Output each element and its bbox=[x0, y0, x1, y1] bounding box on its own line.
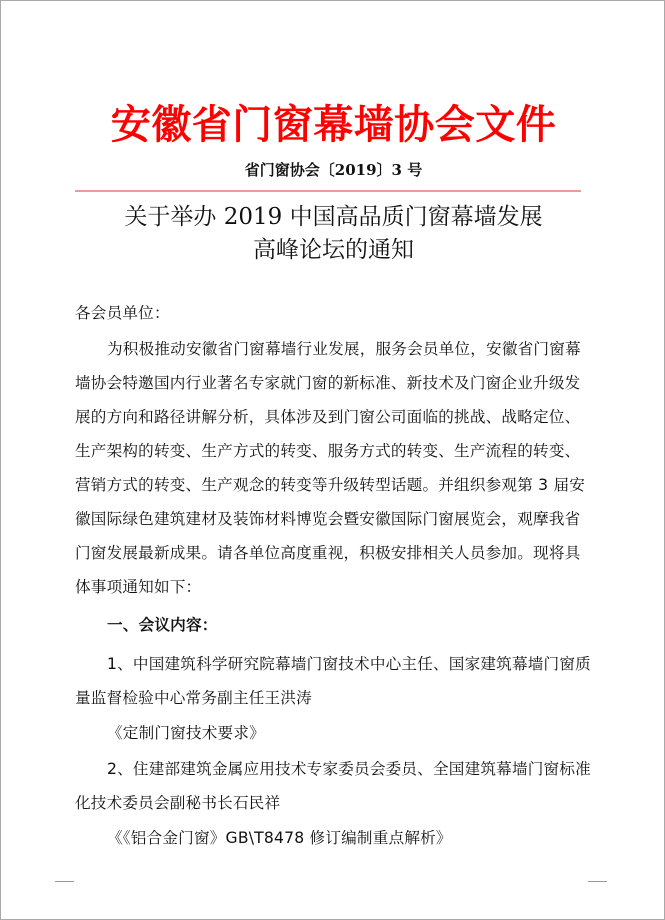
intro-line: 徽国际绿色建筑建材及装饰材料博览会暨安徽国际门窗展览会，观摩我省 bbox=[75, 508, 580, 530]
red-header-rule bbox=[75, 190, 581, 192]
red-header-title: 安徽省门窗幕墙协会文件 bbox=[1, 99, 665, 151]
intro-line: 生产架构的转变、生产方式的转变、服务方式的转变、生产流程的转变、 bbox=[75, 440, 580, 462]
speaker-1-topic: 《定制门窗技术要求》 bbox=[107, 722, 265, 744]
section-title-meeting-content: 一、会议内容： bbox=[107, 614, 218, 636]
document-page: 安徽省门窗幕墙协会文件 省门窗协会〔2019〕3 号 关于举办 2019 中国高… bbox=[0, 0, 665, 920]
intro-line: 墙协会特邀国内行业著名专家就门窗的新标准、新技术及门窗企业升级发 bbox=[75, 372, 580, 394]
notice-heading-line-1: 关于举办 2019 中国高品质门窗幕墙发展 bbox=[1, 202, 665, 232]
speaker-1-line-2: 量监督检验中心常务副主任王洪涛 bbox=[75, 687, 312, 709]
intro-line: 体事项通知如下： bbox=[75, 576, 201, 598]
page-corner-mark-right bbox=[588, 881, 607, 882]
intro-line: 营销方式的转变、生产观念的转变等升级转型话题。并组织参观第 3 届安 bbox=[75, 474, 585, 496]
notice-heading-line-2: 高峰论坛的通知 bbox=[1, 235, 665, 265]
intro-line: 展的方向和路径讲解分析，具体涉及到门窗公司面临的挑战、战略定位、 bbox=[75, 406, 580, 428]
document-number: 省门窗协会〔2019〕3 号 bbox=[1, 159, 665, 181]
speaker-2-topic: 《《铝合金门窗》GB\T8478 修订编制重点解析》 bbox=[107, 827, 452, 849]
intro-line: 门窗发展最新成果。请各单位高度重视，积极安排相关人员参加。现将具 bbox=[75, 542, 580, 564]
salutation: 各会员单位： bbox=[75, 302, 170, 324]
intro-line: 为积极推动安徽省门窗幕墙行业发展，服务会员单位，安徽省门窗幕 bbox=[107, 338, 581, 360]
speaker-2-line-1: 2、住建部建筑金属应用技术专家委员会委员、全国建筑幕墙门窗标准 bbox=[107, 758, 591, 780]
speaker-1-line-1: 1、中国建筑科学研究院幕墙门窗技术中心主任、国家建筑幕墙门窗质 bbox=[107, 653, 591, 675]
speaker-2-line-2: 化技术委员会副秘书长石民祥 bbox=[75, 792, 280, 814]
page-corner-mark-left bbox=[55, 881, 74, 882]
